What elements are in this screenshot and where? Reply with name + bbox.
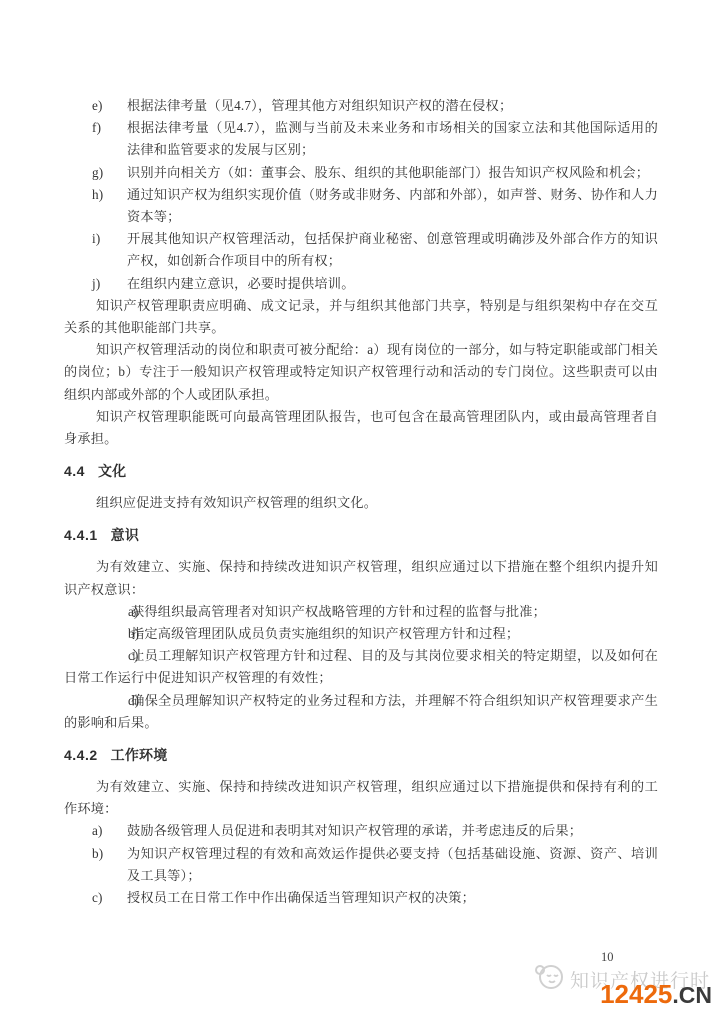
list-item-text: 开展其他知识产权管理活动，包括保护商业秘密、创意管理或明确涉及外部合作方的知识产…: [127, 228, 658, 272]
list-item-g: g) 识别并向相关方（如：董事会、股东、组织的其他职能部门）报告知识产权风险和机…: [64, 162, 658, 184]
sub-item-d: d)确保全员理解知识产权特定的业务过程和方法，并理解不符合组织知识产权管理要求产…: [64, 690, 658, 734]
list-item-label: b): [96, 623, 131, 645]
list-item-text: 根据法律考量（见4.7），管理其他方对组织知识产权的潜在侵权；: [127, 95, 658, 117]
paragraph-environment-intro: 为有效建立、实施、保持和持续改进知识产权管理，组织应通过以下措施提供和保持有利的…: [64, 776, 658, 820]
paragraph-reporting: 知识产权管理职能既可向最高管理团队报告，也可包含在最高管理团队内，或由最高管理者…: [64, 406, 658, 450]
list-item-j: j) 在组织内建立意识，必要时提供培训。: [64, 273, 658, 295]
list-item-label: c): [92, 887, 127, 909]
list-item-text: 让员工理解知识产权管理方针和过程、目的及与其岗位要求相关的特定期望，以及如何在日…: [64, 648, 658, 685]
section-number: 4.4.2: [64, 747, 98, 763]
list-item-label: c): [96, 645, 131, 667]
list-item-label: h): [92, 184, 127, 228]
section-title: 文化: [98, 463, 126, 479]
section-title: 工作环境: [111, 747, 168, 763]
list-item-label: e): [92, 95, 127, 117]
list-item-text: 通过知识产权为组织实现价值（财务或非财务、内部和外部），如声誉、财务、协作和人力…: [127, 184, 658, 228]
list-item-text: 鼓励各级管理人员促进和表明其对知识产权管理的承诺，并考虑违反的后果；: [127, 820, 658, 842]
list-item-text: 授权员工在日常工作中作出确保适当管理知识产权的决策；: [127, 887, 658, 909]
list-item-label: j): [92, 273, 127, 295]
sub-item-a: a)获得组织最高管理者对知识产权战略管理的方针和过程的监督与批准；: [64, 601, 658, 623]
section-heading-4-4: 4.4文化: [64, 460, 658, 483]
paragraph-positions: 知识产权管理活动的岗位和职责可被分配给：a）现有岗位的一部分，如与特定职能或部门…: [64, 339, 658, 406]
paragraph-responsibility: 知识产权管理职责应明确、成文记录，并与组织其他部门共享，特别是与组织架构中存在交…: [64, 295, 658, 339]
watermark-site-number: 12425: [600, 979, 672, 1009]
section-title: 意识: [111, 527, 139, 543]
list-item-text: 识别并向相关方（如：董事会、股东、组织的其他职能部门）报告知识产权风险和机会；: [127, 162, 658, 184]
list-item-h: h) 通过知识产权为组织实现价值（财务或非财务、内部和外部），如声誉、财务、协作…: [64, 184, 658, 228]
list-item-label: d): [96, 690, 131, 712]
watermark-logo-icon: [534, 962, 566, 996]
site-watermark: 知识产权进行时 12425.CN: [522, 962, 712, 1012]
watermark-site-tld: .CN: [672, 982, 712, 1008]
list-item-label: a): [92, 820, 127, 842]
list-item-text: 在组织内建立意识，必要时提供培训。: [127, 273, 658, 295]
section-heading-4-4-1: 4.4.1意识: [64, 524, 658, 547]
section-number: 4.4.1: [64, 527, 98, 543]
paragraph-awareness-intro: 为有效建立、实施、保持和持续改进知识产权管理，组织应通过以下措施在整个组织内提升…: [64, 556, 658, 600]
list-item-text: 获得组织最高管理者对知识产权战略管理的方针和过程的监督与批准；: [131, 604, 546, 619]
list-item-f: f) 根据法律考量（见4.7），监测与当前及未来业务和市场相关的国家立法和其他国…: [64, 117, 658, 161]
section-number: 4.4: [64, 463, 85, 479]
section-heading-4-4-2: 4.4.2工作环境: [64, 744, 658, 767]
document-page: { "doc": { "list_ej": [ {"label":"e)","t…: [0, 0, 720, 1018]
list-item-442-c: c) 授权员工在日常工作中作出确保适当管理知识产权的决策；: [64, 887, 658, 909]
watermark-url-row: 12425.CN: [600, 979, 712, 1010]
list-item-text: 为知识产权管理过程的有效和高效运作提供必要支持（包括基础设施、资源、资产、培训及…: [127, 843, 658, 887]
list-item-text: 确保全员理解知识产权特定的业务过程和方法，并理解不符合组织知识产权管理要求产生的…: [64, 693, 658, 730]
list-item-442-b: b) 为知识产权管理过程的有效和高效运作提供必要支持（包括基础设施、资源、资产、…: [64, 843, 658, 887]
list-item-e: e) 根据法律考量（见4.7），管理其他方对组织知识产权的潜在侵权；: [64, 95, 658, 117]
list-item-i: i) 开展其他知识产权管理活动，包括保护商业秘密、创意管理或明确涉及外部合作方的…: [64, 228, 658, 272]
list-item-label: f): [92, 117, 127, 161]
list-item-label: g): [92, 162, 127, 184]
document-body: e) 根据法律考量（见4.7），管理其他方对组织知识产权的潜在侵权； f) 根据…: [64, 95, 658, 909]
paragraph-culture: 组织应促进支持有效知识产权管理的组织文化。: [64, 492, 658, 514]
list-item-text: 根据法律考量（见4.7），监测与当前及未来业务和市场相关的国家立法和其他国际适用…: [127, 117, 658, 161]
list-item-label: b): [92, 843, 127, 887]
sub-item-c: c)让员工理解知识产权管理方针和过程、目的及与其岗位要求相关的特定期望，以及如何…: [64, 645, 658, 689]
list-item-text: 指定高级管理团队成员负责实施组织的知识产权管理方针和过程；: [131, 626, 519, 641]
list-item-label: i): [92, 228, 127, 272]
sub-item-b: b)指定高级管理团队成员负责实施组织的知识产权管理方针和过程；: [64, 623, 658, 645]
list-item-label: a): [96, 601, 131, 623]
list-item-442-a: a) 鼓励各级管理人员促进和表明其对知识产权管理的承诺，并考虑违反的后果；: [64, 820, 658, 842]
